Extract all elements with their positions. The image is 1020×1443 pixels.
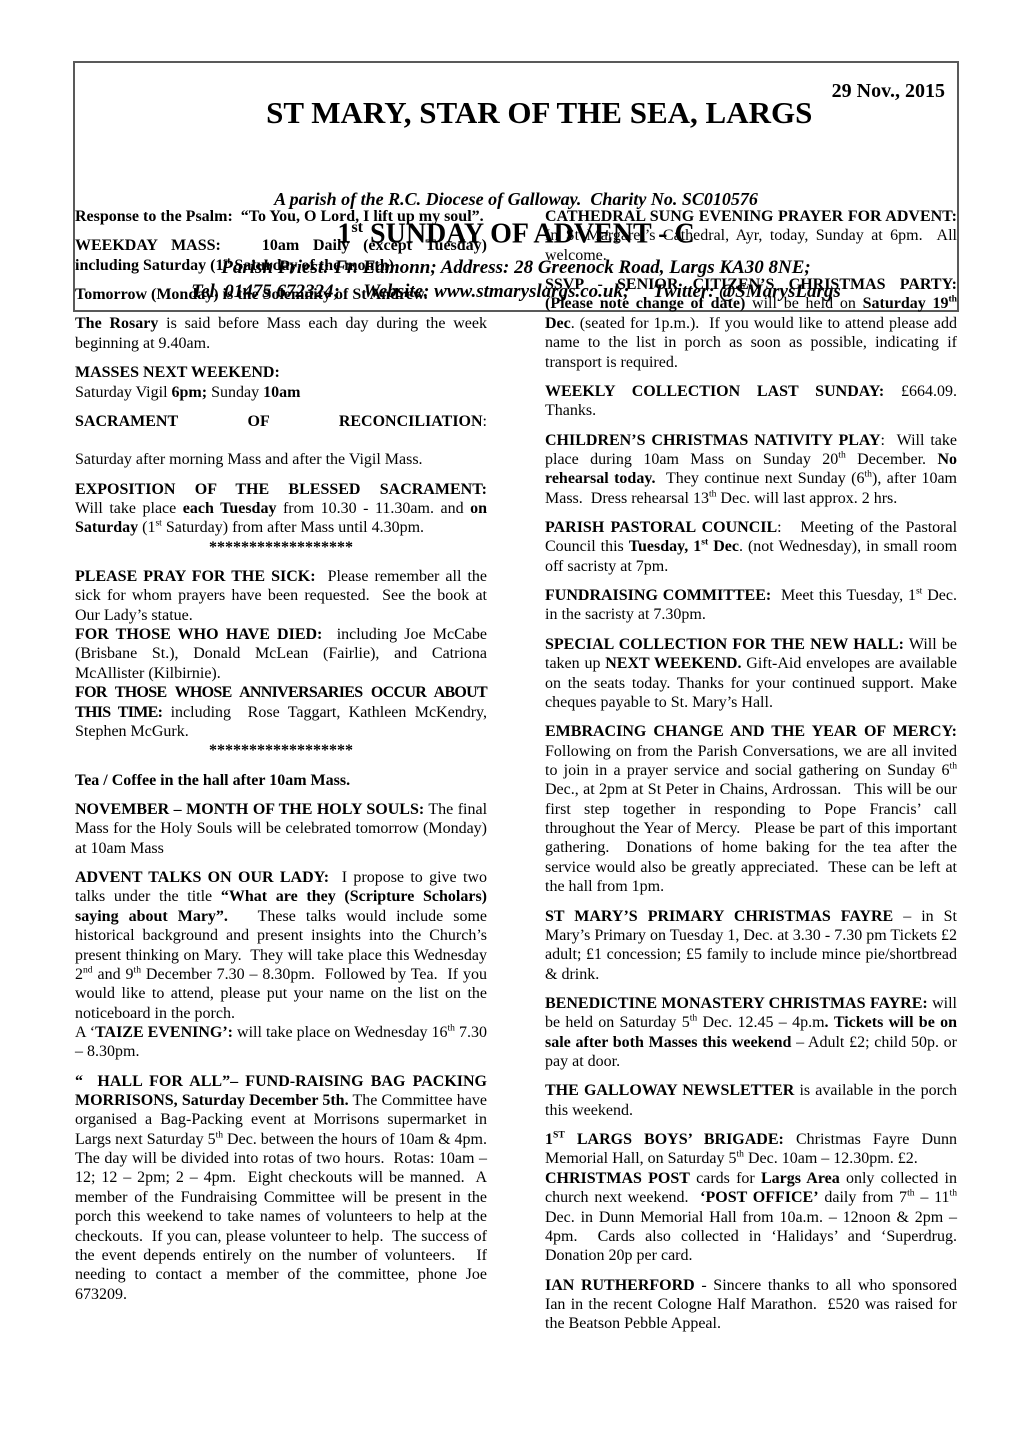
paragraph: Saturday after morning Mass and after th… xyxy=(75,450,487,469)
paragraph: NOVEMBER – MONTH OF THE HOLY SOULS: The … xyxy=(75,800,487,858)
paragraph: ST MARY’S PRIMARY CHRISTMAS FAYRE – in S… xyxy=(545,907,957,984)
paragraph: PARISH PASTORAL COUNCIL: Meeting of the … xyxy=(545,518,957,576)
paragraph: SSVP - SENIOR CITIZEN’S CHRISTMAS PARTY:… xyxy=(545,275,957,372)
paragraph: CHRISTMAS POST cards for Largs Area only… xyxy=(545,1169,957,1266)
right-column: CATHEDRAL SUNG EVENING PRAYER FOR ADVENT… xyxy=(545,207,957,1344)
paragraph: Will take place each Tuesday from 10.30 … xyxy=(75,499,487,538)
paragraph: EXPOSITION OF THE BLESSED SACRAMENT: xyxy=(75,480,487,499)
paragraph: BENEDICTINE MONASTERY CHRISTMAS FAYRE: w… xyxy=(545,994,957,1071)
separator-line: ****************** xyxy=(75,538,487,557)
paragraph: FOR THOSE WHOSE ANNIVERSARIES OCCUR ABOU… xyxy=(75,683,487,741)
newsletter-body: Response to the Psalm: “To You, O Lord, … xyxy=(75,207,957,1344)
paragraph: EMBRACING CHANGE AND THE YEAR OF MERCY: … xyxy=(545,722,957,896)
paragraph: THE GALLOWAY NEWSLETTER is available in … xyxy=(545,1081,957,1120)
paragraph: A ‘TAIZE EVENING’: will take place on We… xyxy=(75,1023,487,1062)
paragraph: CATHEDRAL SUNG EVENING PRAYER FOR ADVENT… xyxy=(545,207,957,265)
paragraph: SACRAMENT OF RECONCILIATION: xyxy=(75,412,487,431)
newsletter-page: ST MARY, STAR OF THE SEA, LARGS 29 Nov.,… xyxy=(0,0,1020,1443)
paragraph: 1ST LARGS BOYS’ BRIGADE: Christmas Fayre… xyxy=(545,1130,957,1169)
paragraph: PLEASE PRAY FOR THE SICK: Please remembe… xyxy=(75,567,487,625)
header-date: 29 Nov., 2015 xyxy=(832,76,945,106)
separator-line: ****************** xyxy=(75,741,487,760)
paragraph: “ HALL FOR ALL”– FUND-RAISING BAG PACKIN… xyxy=(75,1072,487,1304)
paragraph: FOR THOSE WHO HAVE DIED: including Joe M… xyxy=(75,625,487,683)
paragraph: MASSES NEXT WEEKEND: xyxy=(75,363,487,382)
paragraph: WEEKLY COLLECTION LAST SUNDAY: £664.09. … xyxy=(545,382,957,421)
left-column: Response to the Psalm: “To You, O Lord, … xyxy=(75,207,487,1344)
paragraph: Response to the Psalm: “To You, O Lord, … xyxy=(75,207,487,226)
paragraph: SPECIAL COLLECTION FOR THE NEW HALL: Wil… xyxy=(545,635,957,712)
paragraph: Tea / Coffee in the hall after 10am Mass… xyxy=(75,771,487,790)
page-title: ST MARY, STAR OF THE SEA, LARGS xyxy=(266,95,812,130)
paragraph: The Rosary is said before Mass each day … xyxy=(75,314,487,353)
paragraph: ADVENT TALKS ON OUR LADY: I propose to g… xyxy=(75,868,487,1023)
paragraph: CHILDREN’S CHRISTMAS NATIVITY PLAY: Will… xyxy=(545,431,957,508)
paragraph: Saturday Vigil 6pm; Sunday 10am xyxy=(75,383,487,402)
paragraph: IAN RUTHERFORD - Sincere thanks to all w… xyxy=(545,1276,957,1334)
paragraph: WEEKDAY MASS: 10am Daily (except Tuesday… xyxy=(75,236,487,275)
header-title-row: ST MARY, STAR OF THE SEA, LARGS 29 Nov.,… xyxy=(85,68,947,188)
paragraph: FUNDRAISING COMMITTEE: Meet this Tuesday… xyxy=(545,586,957,625)
paragraph: Tomorrow (Monday) is the Solemnity of St… xyxy=(75,285,487,304)
